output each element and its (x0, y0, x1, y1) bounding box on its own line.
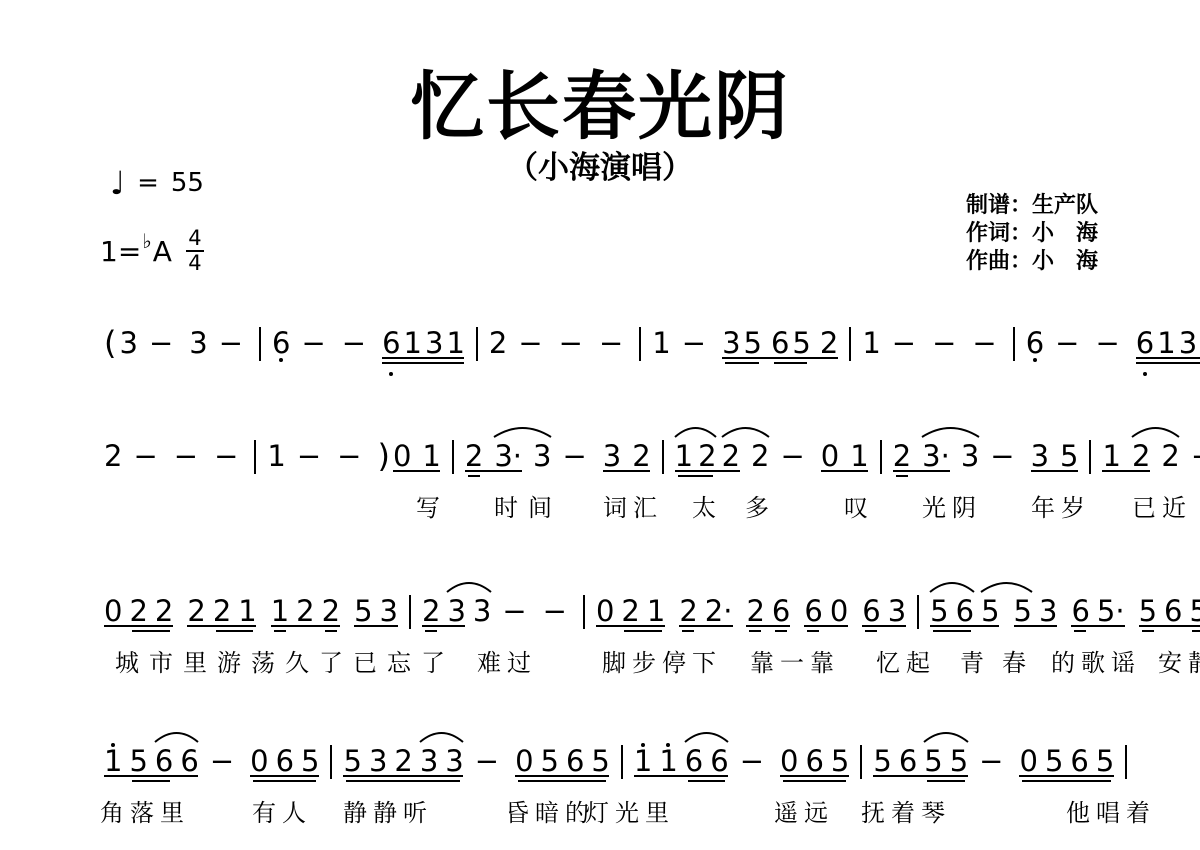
beam-line (896, 475, 908, 477)
lyric-text: 写 (416, 488, 446, 523)
dash-token: − (562, 436, 586, 476)
dash-token: − (297, 436, 321, 476)
beam-line (515, 775, 609, 777)
note-token: 3 (533, 436, 551, 476)
tempo-equals: = (137, 168, 159, 198)
beam-line (1139, 625, 1200, 627)
beam-line (187, 625, 256, 627)
beam-line (1031, 470, 1078, 472)
music-line-1: (3−3−6−−61312−−−1−356521−−−6−−6131 (104, 323, 1200, 423)
lyric-text: 城市里游荡久了已忘了 (115, 643, 455, 678)
lyric-text: 靠一靠 (750, 643, 840, 678)
lyric-text: 词汇 (603, 488, 663, 523)
notation-row: (3−3−6−−61312−−−1−356521−−−6−−6131 (104, 323, 1200, 363)
beam-line (1192, 630, 1200, 632)
beam-line (596, 625, 665, 627)
lyric-text: 抚着琴 (861, 793, 951, 828)
slur-arc (492, 423, 553, 439)
tempo-bpm: 55 (171, 168, 204, 198)
slur-arc (928, 578, 976, 594)
note-token: 3 (961, 436, 979, 476)
dash-token: − (337, 436, 361, 476)
song-title: 忆长春光阴 (0, 48, 1200, 154)
credit-name: 生产队 (1032, 193, 1098, 218)
beam-line (678, 475, 713, 477)
lyric-text: 安静的 (1158, 643, 1200, 678)
paren-token: ) (377, 436, 389, 476)
lyric-text: 太 (692, 488, 722, 523)
dash-token: − (1055, 323, 1079, 363)
credit-row-lyricist: 作词：小 海 (966, 220, 1098, 248)
beam-line (746, 625, 790, 627)
barline (621, 745, 623, 779)
lyric-text: 时间 (494, 488, 562, 523)
slur-arc (445, 578, 493, 594)
credit-label: 作曲： (966, 249, 1032, 274)
note-token: 1 (862, 323, 880, 363)
note-token: 3 (189, 323, 207, 363)
music-line-4: 1566−06553233−05651166−0655655−0565角落里有人… (104, 741, 1127, 841)
beam-line (749, 630, 761, 632)
dash-token: − (518, 323, 542, 363)
beam-line (688, 780, 725, 782)
slur-arc (683, 728, 730, 744)
beam-line (425, 630, 437, 632)
lyric-text: 的歌谣 (1051, 643, 1141, 678)
quarter-note-icon: ♩ (110, 170, 125, 196)
barline (409, 595, 411, 629)
beam-line (1071, 625, 1125, 627)
barline (849, 327, 851, 361)
lyric-text: 静静听 (343, 793, 433, 828)
dash-token: − (979, 741, 1003, 781)
beam-line (603, 470, 650, 472)
dash-token: − (1095, 323, 1119, 363)
credit-name: 小 海 (1032, 249, 1098, 274)
key-letter: A (153, 235, 172, 268)
dash-token: − (932, 323, 956, 363)
beam-line (346, 780, 460, 782)
barline (254, 440, 256, 474)
music-line-3: 02222112253233−−02122·2660635655365·565城… (104, 591, 1200, 691)
dash-token: − (599, 323, 623, 363)
beam-line (774, 362, 807, 364)
slur-arc (1130, 423, 1181, 439)
dash-token: − (559, 323, 583, 363)
dash-token: − (149, 323, 173, 363)
lyric-text: 叹 (844, 488, 874, 523)
beam-line (675, 470, 740, 472)
slur-arc (673, 423, 718, 439)
time-numerator: 4 (188, 228, 201, 249)
beam-line (1102, 470, 1150, 472)
credit-label: 制谱： (966, 193, 1032, 218)
beam-line (725, 362, 759, 364)
beam-line (804, 625, 848, 627)
barline (452, 440, 454, 474)
beam-line (132, 780, 170, 782)
credit-row-arranger: 制谱：生产队 (966, 192, 1098, 220)
barline (1013, 327, 1015, 361)
beam-line (465, 470, 522, 472)
beam-line (927, 780, 965, 782)
octave-dot (641, 743, 645, 747)
flat-icon: ♭ (142, 229, 151, 253)
octave-dot (1143, 372, 1147, 376)
beam-line (780, 775, 849, 777)
beam-line (933, 630, 971, 632)
beam-line (132, 630, 170, 632)
beam-line (624, 630, 662, 632)
lyric-text: 年岁 (1031, 488, 1091, 523)
octave-dot (1033, 358, 1037, 362)
barline (476, 327, 478, 361)
tempo-marking: ♩ = 55 (110, 168, 204, 198)
slur-arc (922, 728, 970, 744)
beam-line (930, 625, 999, 627)
beam-line (1014, 625, 1057, 627)
lyric-text: 脚步停下 (602, 643, 722, 678)
beam-line (862, 625, 906, 627)
dash-token: − (219, 323, 243, 363)
dash-token: − (543, 591, 567, 631)
note-token: 6 (272, 323, 290, 363)
beam-line (104, 625, 173, 627)
slur-arc (979, 578, 1034, 594)
lyric-text: 角落里 (100, 793, 190, 828)
barline (259, 327, 261, 361)
beam-line (468, 475, 480, 477)
dash-token: − (502, 591, 526, 631)
barline (639, 327, 641, 361)
barline (330, 745, 332, 779)
paren-token: ( (104, 323, 116, 363)
time-denominator: 4 (188, 253, 201, 274)
beam-line (1019, 775, 1114, 777)
beam-line (393, 470, 440, 472)
dash-token: − (972, 323, 996, 363)
slur-arc (920, 423, 981, 439)
lyric-text: 难过 (477, 643, 537, 678)
slur-arc (153, 728, 200, 744)
note-token: 3 (119, 323, 137, 363)
credits-block: 制谱：生产队 作词：小 海 作曲：小 海 (966, 192, 1098, 276)
beam-line (722, 357, 838, 359)
beam-line (865, 630, 877, 632)
dash-token: − (301, 323, 325, 363)
dash-token: − (740, 741, 764, 781)
beam-line (518, 780, 606, 782)
time-signature: 4 4 (186, 228, 204, 274)
beam-line (422, 625, 465, 627)
beam-line (1022, 780, 1111, 782)
note-token: 6 (1026, 323, 1044, 363)
dash-token: − (780, 436, 804, 476)
beam-line (1074, 630, 1086, 632)
beam-line (343, 775, 463, 777)
barline (662, 440, 664, 474)
octave-dot (389, 372, 393, 376)
credit-name: 小 海 (1032, 221, 1098, 246)
lyric-text: 青 (960, 643, 990, 678)
barline (917, 595, 919, 629)
beam-line (325, 630, 337, 632)
note-token: 1 (652, 323, 670, 363)
dash-token: − (214, 436, 238, 476)
dash-token: − (342, 323, 366, 363)
beam-line (1136, 357, 1200, 359)
lyric-text: 多 (745, 488, 775, 523)
beam-line (682, 630, 694, 632)
music-line-2: 2−−−1−−)0123·3−321222−0123·3−35122−−写时间词… (104, 436, 1200, 536)
key-prefix: 1= (100, 235, 141, 268)
dash-token: − (133, 436, 157, 476)
octave-dot (666, 743, 670, 747)
lyric-text: 他唱着 (1066, 793, 1156, 828)
beam-line (382, 357, 464, 359)
note-token: 2 (489, 323, 507, 363)
lyric-text: 春 (1002, 643, 1032, 678)
lyric-text: 昏暗的 (505, 793, 595, 828)
beam-line (104, 775, 198, 777)
barline (1125, 745, 1127, 779)
sheet-music-page: 忆长春光阴 （小海演唱） ♩ = 55 1= ♭ A 4 4 制谱：生产队 作词… (0, 0, 1200, 850)
octave-dot (111, 743, 115, 747)
dash-token: − (210, 741, 234, 781)
barline (880, 440, 882, 474)
key-signature: 1= ♭ A 4 4 (100, 228, 204, 274)
beam-line (253, 780, 316, 782)
beam-line (807, 630, 819, 632)
note-token: 1 (267, 436, 285, 476)
dash-token: − (682, 323, 706, 363)
dash-token: − (475, 741, 499, 781)
beam-line (679, 625, 733, 627)
lyric-text: 有人 (252, 793, 312, 828)
beam-line (873, 775, 968, 777)
beam-line (274, 630, 286, 632)
dash-token: − (990, 436, 1014, 476)
barline (860, 745, 862, 779)
beam-line (893, 470, 950, 472)
barline (583, 595, 585, 629)
beam-line (382, 362, 464, 364)
note-token: 2 (104, 436, 122, 476)
beam-line (216, 630, 253, 632)
beam-line (250, 775, 319, 777)
note-token: 3 (473, 591, 491, 631)
dash-token: − (892, 323, 916, 363)
credit-label: 作词： (966, 221, 1032, 246)
lyric-text: 已近 (1132, 488, 1192, 523)
beam-line (354, 625, 398, 627)
lyric-text: 光阴 (922, 488, 982, 523)
octave-dot (279, 358, 283, 362)
slur-arc (418, 728, 465, 744)
lyric-text: 遥远 (774, 793, 834, 828)
beam-line (783, 780, 846, 782)
note-token: 2 (1161, 436, 1179, 476)
lyric-text: 灯光里 (585, 793, 675, 828)
note-token: 2 (751, 436, 769, 476)
slur-arc (720, 423, 771, 439)
beam-line (1142, 630, 1154, 632)
beam-line (271, 625, 340, 627)
barline (1089, 440, 1091, 474)
dash-token: − (174, 436, 198, 476)
lyric-text: 忆起 (876, 643, 936, 678)
beam-line (634, 775, 728, 777)
beam-line (775, 630, 787, 632)
credit-row-composer: 作曲：小 海 (966, 248, 1098, 276)
dash-token: − (1191, 436, 1200, 476)
beam-line (1136, 362, 1200, 364)
beam-line (821, 470, 868, 472)
